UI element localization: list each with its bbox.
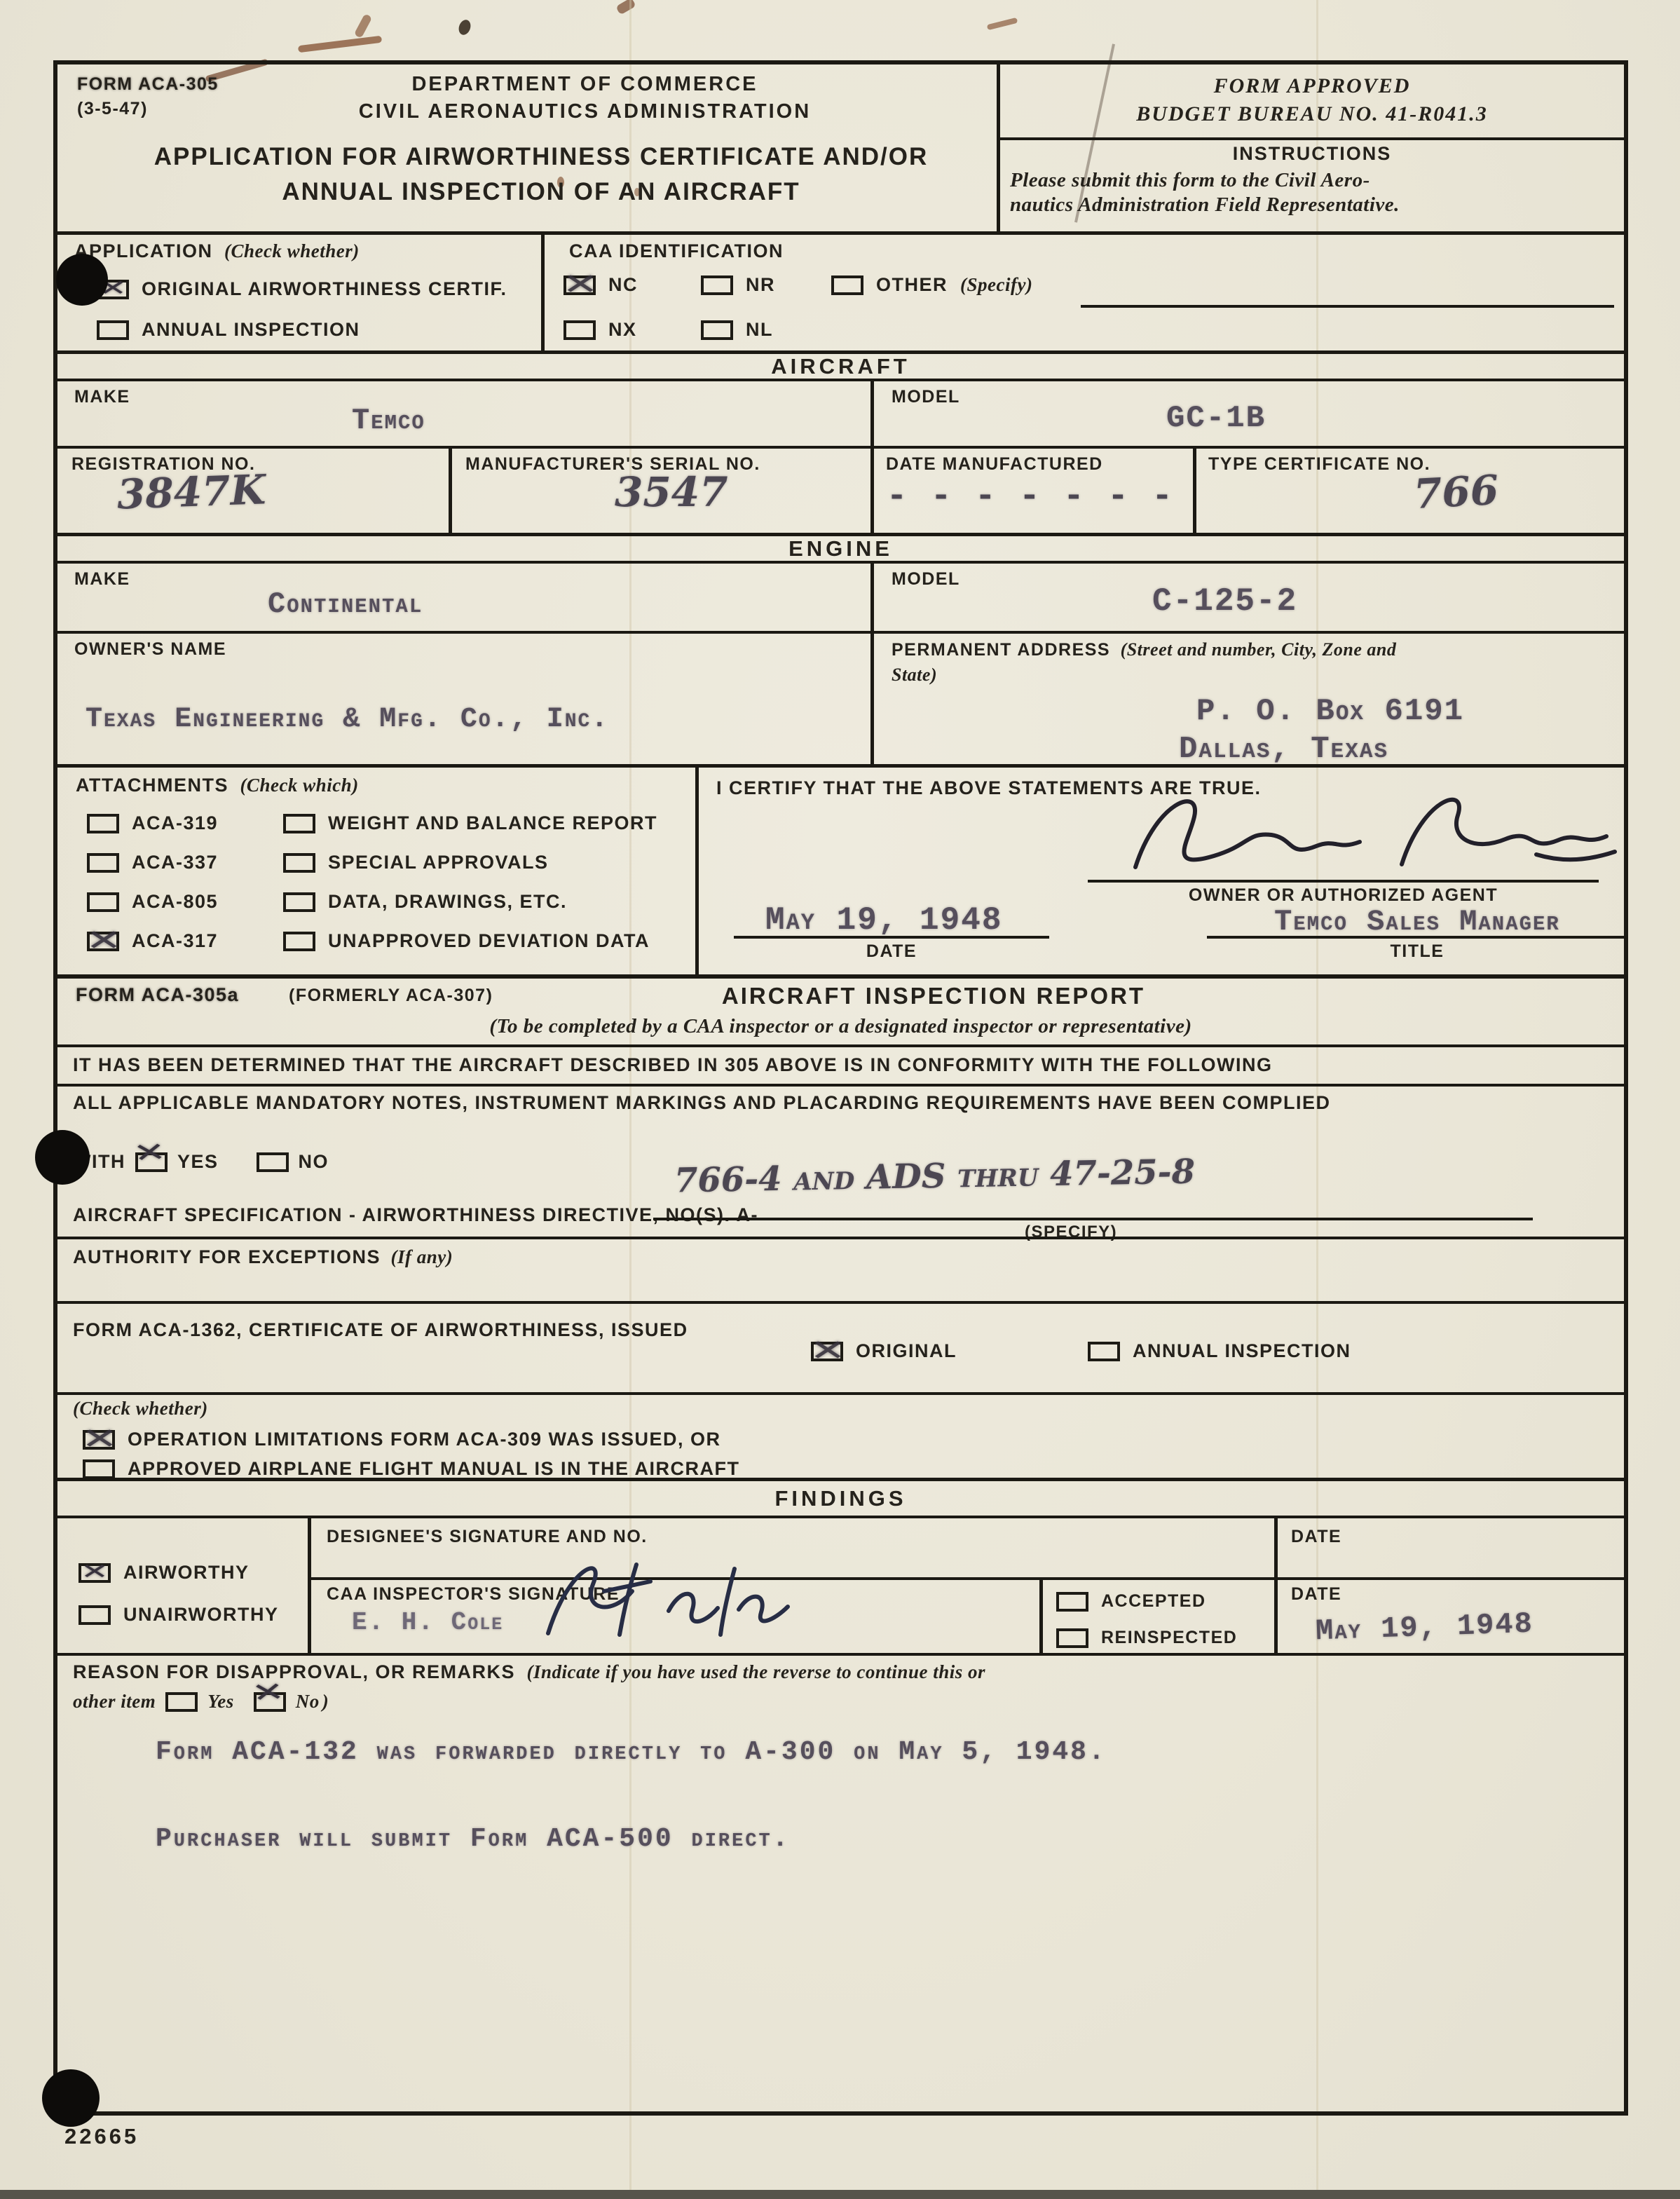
findings-table: AIRWORTHY UNAIRWORTHY DESIGNEE'S SIGNATU… — [57, 1518, 1624, 1653]
authority-label: AUTHORITY FOR EXCEPTIONS — [73, 1246, 381, 1267]
aca1362-row: FORM ACA-1362, CERTIFICATE OF AIRWORTHIN… — [57, 1301, 1624, 1392]
designee-date-label: DATE — [1291, 1527, 1341, 1547]
engine-section-label: ENGINE — [788, 536, 893, 561]
form-approved-line1: FORM APPROVED — [1000, 74, 1624, 98]
annual-inspection-label: ANNUAL INSPECTION — [1133, 1340, 1351, 1362]
cell-divider — [870, 634, 874, 767]
other-specify-blank[interactable] — [1081, 305, 1614, 308]
rust-stain — [354, 13, 373, 39]
option-label: SPECIAL APPROVALS — [328, 852, 549, 873]
checkbox-annual-inspection[interactable] — [97, 320, 129, 340]
remarks-row: REASON FOR DISAPPROVAL, OR REMARKS (Indi… — [57, 1653, 1624, 2111]
hole-punch — [56, 254, 108, 306]
certification-title-line — [1207, 936, 1627, 939]
owner-signature[interactable] — [1116, 782, 1634, 887]
form-title: APPLICATION FOR AIRWORTHINESS CERTIFICAT… — [86, 143, 997, 206]
original-label: ORIGINAL — [856, 1340, 957, 1362]
option-label: ACA-319 — [132, 812, 218, 834]
hole-punch — [35, 1130, 90, 1185]
form-border: FORM ACA-305 (3-5-47) DEPARTMENT OF COMM… — [53, 60, 1628, 2116]
yes-label: YES — [177, 1151, 219, 1173]
application-note: (Check whether) — [224, 240, 360, 261]
engine-model-value: C-125-2 — [1152, 583, 1297, 620]
engine-model-label: MODEL — [892, 569, 960, 590]
option-label: ACA-805 — [132, 891, 218, 913]
report-formerly: (FORMERLY ACA-307) — [289, 986, 493, 1006]
option-label: WEIGHT AND BALANCE REPORT — [328, 812, 657, 834]
administration-name: CIVIL AERONAUTICS ADMINISTRATION — [198, 100, 972, 123]
cell-divider — [695, 768, 699, 978]
checkbox-weight-balance[interactable] — [283, 814, 315, 833]
option-label: ACA-337 — [132, 852, 218, 873]
instructions-box: INSTRUCTIONS Please submit this form to … — [1000, 140, 1624, 231]
permanent-address-note2: State) — [892, 665, 937, 686]
checkbox-nx[interactable] — [564, 320, 596, 340]
engine-section-header: ENGINE — [57, 533, 1624, 564]
unairworthy-label: UNAIRWORTHY — [123, 1604, 279, 1626]
option-label: DATA, DRAWINGS, ETC. — [328, 891, 567, 913]
instructions-text-line2: nautics Administration Field Representat… — [1010, 193, 1624, 217]
aircraft-make-value: Temco — [352, 404, 425, 437]
spec-value: 766-4 and ADS thru 47-25-8 — [674, 1152, 1196, 1201]
checkbox-complied-yes[interactable] — [135, 1152, 168, 1172]
checkbox-remarks-yes[interactable] — [165, 1692, 198, 1712]
cell-divider — [1274, 1518, 1278, 1653]
checkbox-complied-no[interactable] — [257, 1152, 289, 1172]
hole-punch — [42, 2069, 100, 2127]
ink-speck — [457, 18, 473, 36]
certification-date-value: May 19, 1948 — [765, 902, 1002, 939]
owner-name-label: OWNER'S NAME — [74, 639, 226, 660]
attachments-certification-row: ATTACHMENTS (Check which) ACA-319 ACA-33… — [57, 764, 1624, 974]
check-whether-note: (Check whether) — [73, 1398, 208, 1420]
option-label: NX — [608, 319, 637, 341]
rust-stain — [615, 0, 636, 15]
checkbox-aca-337[interactable] — [87, 853, 119, 873]
caa-identification-label: CAA IDENTIFICATION — [569, 240, 784, 261]
aircraft-section-header: AIRCRAFT — [57, 350, 1624, 381]
option-label: ACA-317 — [132, 930, 218, 952]
no-label: NO — [299, 1151, 329, 1173]
aircraft-make-label: MAKE — [74, 387, 130, 407]
findings-date-label: DATE — [1291, 1584, 1341, 1605]
checkbox-operation-limitations[interactable] — [83, 1430, 115, 1450]
complied-spec-row: ALL APPLICABLE MANDATORY NOTES, INSTRUME… — [57, 1084, 1624, 1237]
option-label: ANNUAL INSPECTION — [142, 319, 360, 341]
determined-row: IT HAS BEEN DETERMINED THAT THE AIRCRAFT… — [57, 1047, 1624, 1084]
findings-section-header: FINDINGS — [57, 1478, 1624, 1518]
checkbox-original[interactable] — [811, 1342, 843, 1361]
remarks-note-close: ) — [322, 1691, 329, 1713]
option-label: ORIGINAL AIRWORTHINESS CERTIF. — [142, 278, 507, 300]
certification-date-line — [734, 936, 1049, 939]
designee-signature-label: DESIGNEE'S SIGNATURE AND NO. — [327, 1527, 648, 1547]
attachments-label: ATTACHMENTS — [76, 775, 228, 796]
form-title-line2: ANNUAL INSPECTION OF AN AIRCRAFT — [86, 178, 997, 206]
address-line1: P. O. Box 6191 — [1196, 694, 1464, 729]
rust-stain — [987, 18, 1018, 30]
checkbox-nl[interactable] — [701, 320, 733, 340]
scanner-edge — [0, 2190, 1680, 2199]
form-title-line1: APPLICATION FOR AIRWORTHINESS CERTIFICAT… — [86, 143, 997, 171]
remarks-label: REASON FOR DISAPPROVAL, OR REMARKS — [73, 1661, 515, 1682]
cell-divider — [1039, 1577, 1043, 1653]
checkbox-nc[interactable] — [564, 275, 596, 295]
form-approved-line2: BUDGET BUREAU NO. 41-R041.3 — [1000, 102, 1624, 126]
address-line2: Dallas, Texas — [1179, 732, 1388, 767]
other-specify-note: (Specify) — [960, 274, 1032, 296]
spec-label: AIRCRAFT SPECIFICATION - AIRWORTHINESS D… — [73, 1204, 758, 1226]
complied-text: ALL APPLICABLE MANDATORY NOTES, INSTRUME… — [73, 1092, 1331, 1114]
inspector-typed-name: E. H. Cole — [352, 1608, 503, 1637]
owner-address-row: OWNER'S NAME Texas Engineering & Mfg. Co… — [57, 631, 1624, 764]
determined-text: IT HAS BEEN DETERMINED THAT THE AIRCRAFT… — [73, 1054, 1273, 1076]
checkbox-other[interactable] — [831, 275, 863, 295]
application-row: APPLICATION (Check whether) ORIGINAL AIR… — [57, 231, 1624, 350]
checkbox-aca-319[interactable] — [87, 814, 119, 833]
checkbox-aca-317[interactable] — [87, 932, 119, 951]
attachments-note: (Check which) — [240, 775, 358, 796]
checkbox-airworthy[interactable] — [78, 1563, 111, 1583]
certification-date-label: DATE — [734, 941, 1049, 962]
checkbox-accepted[interactable] — [1056, 1592, 1088, 1612]
row-divider — [308, 1577, 1624, 1580]
cell-divider — [870, 381, 874, 446]
cell-divider — [308, 1518, 311, 1653]
accepted-label: ACCEPTED — [1101, 1591, 1206, 1612]
scanned-form-page: FORM ACA-305 (3-5-47) DEPARTMENT OF COMM… — [0, 0, 1680, 2199]
operation-limitations-label: OPERATION LIMITATIONS FORM ACA-309 WAS I… — [128, 1429, 721, 1450]
cell-divider — [1193, 449, 1196, 536]
spec-blank-line[interactable] — [653, 1218, 1533, 1220]
remarks-line2: Purchaser will submit Form ACA-500 direc… — [156, 1824, 791, 1854]
department-name: DEPARTMENT OF COMMERCE — [198, 73, 972, 96]
aircraft-model-label: MODEL — [892, 387, 960, 407]
date-manufactured-label: DATE MANUFACTURED — [886, 454, 1103, 475]
type-certificate-label: TYPE CERTIFICATE NO. — [1208, 454, 1430, 475]
checkbox-nr[interactable] — [701, 275, 733, 295]
option-label: UNAPPROVED DEVIATION DATA — [328, 930, 650, 952]
checkbox-unapproved-deviation[interactable] — [283, 932, 315, 951]
remarks-yes-label: Yes — [207, 1691, 234, 1713]
report-form-number: FORM ACA-305a — [76, 984, 239, 1006]
form-approved-box: FORM APPROVED BUDGET BUREAU NO. 41-R041.… — [1000, 64, 1624, 140]
cell-divider — [870, 449, 874, 536]
remarks-line1: Form ACA-132 was forwarded directly to A… — [156, 1737, 1107, 1767]
findings-section-label: FINDINGS — [774, 1486, 906, 1511]
remarks-note-line1: (Indicate if you have used the reverse t… — [527, 1661, 985, 1682]
checkbox-data-drawings[interactable] — [283, 892, 315, 912]
instructions-text-line1: Please submit this form to the Civil Aer… — [1010, 169, 1624, 192]
document-number: 22665 — [64, 2124, 139, 2149]
checkbox-special-approvals[interactable] — [283, 853, 315, 873]
permanent-address-note: (Street and number, City, Zone and — [1121, 639, 1397, 660]
checkbox-reinspected[interactable] — [1056, 1628, 1088, 1648]
permanent-address-label: PERMANENT ADDRESS — [892, 640, 1110, 660]
checkbox-aca-805[interactable] — [87, 892, 119, 912]
report-subheading: (To be completed by a CAA inspector or a… — [163, 1015, 1519, 1038]
date-manufactured-value: - - - - - - - — [890, 475, 1179, 513]
option-label: NC — [608, 274, 638, 296]
aircraft-section-label: AIRCRAFT — [771, 354, 910, 379]
cell-divider — [870, 564, 874, 631]
checkbox-remarks-no[interactable] — [254, 1692, 286, 1712]
owner-agent-label: OWNER OR AUTHORIZED AGENT — [1088, 885, 1599, 906]
check-whether-row: (Check whether) OPERATION LIMITATIONS FO… — [57, 1392, 1624, 1478]
header-row: FORM ACA-305 (3-5-47) DEPARTMENT OF COMM… — [57, 64, 1624, 231]
authority-note: (If any) — [391, 1246, 453, 1267]
type-certificate-value: 766 — [1412, 466, 1499, 518]
option-label: NL — [746, 319, 773, 341]
checkbox-annual-inspection-1362[interactable] — [1088, 1342, 1120, 1361]
registration-value: 3847K — [116, 465, 266, 518]
engine-make-model-row: MAKE Continental MODEL C-125-2 — [57, 564, 1624, 631]
option-label: OTHER — [876, 274, 948, 296]
flight-manual-label: APPROVED AIRPLANE FLIGHT MANUAL IS IN TH… — [128, 1458, 740, 1480]
instructions-heading: INSTRUCTIONS — [1000, 143, 1624, 165]
aircraft-model-value: GC-1B — [1166, 401, 1266, 436]
engine-make-value: Continental — [268, 587, 423, 621]
checkbox-flight-manual[interactable] — [83, 1459, 115, 1479]
inspector-signature[interactable] — [520, 1551, 870, 1656]
certification-title-value: Temco Sales Manager — [1207, 905, 1627, 939]
inspection-report-header: FORM ACA-305a (FORMERLY ACA-307) AIRCRAF… — [57, 974, 1624, 1047]
owner-signature-line — [1088, 880, 1599, 883]
owner-name-value: Texas Engineering & Mfg. Co., Inc. — [86, 704, 609, 735]
remarks-no-label: No — [296, 1691, 320, 1713]
serial-value: 3547 — [615, 468, 728, 516]
checkbox-unairworthy[interactable] — [78, 1605, 111, 1625]
certification-title-label: TITLE — [1207, 941, 1627, 962]
engine-make-label: MAKE — [74, 569, 130, 590]
rust-stain — [298, 36, 382, 53]
airworthy-label: AIRWORTHY — [123, 1562, 250, 1584]
aircraft-make-model-row: MAKE Temco MODEL GC-1B — [57, 381, 1624, 446]
cell-divider — [449, 449, 452, 536]
application-divider — [541, 235, 545, 354]
report-heading: AIRCRAFT INSPECTION REPORT — [548, 983, 1319, 1009]
option-label: NR — [746, 274, 775, 296]
reinspected-label: REINSPECTED — [1101, 1628, 1237, 1648]
aircraft-details-row: REGISTRATION NO. 3847K MANUFACTURER'S SE… — [57, 446, 1624, 533]
findings-date-value: May 19, 1948 — [1315, 1607, 1534, 1649]
remarks-note-line2: other item — [73, 1691, 156, 1713]
authority-row[interactable]: AUTHORITY FOR EXCEPTIONS (If any) — [57, 1237, 1624, 1301]
aca1362-label: FORM ACA-1362, CERTIFICATE OF AIRWORTHIN… — [73, 1319, 688, 1341]
